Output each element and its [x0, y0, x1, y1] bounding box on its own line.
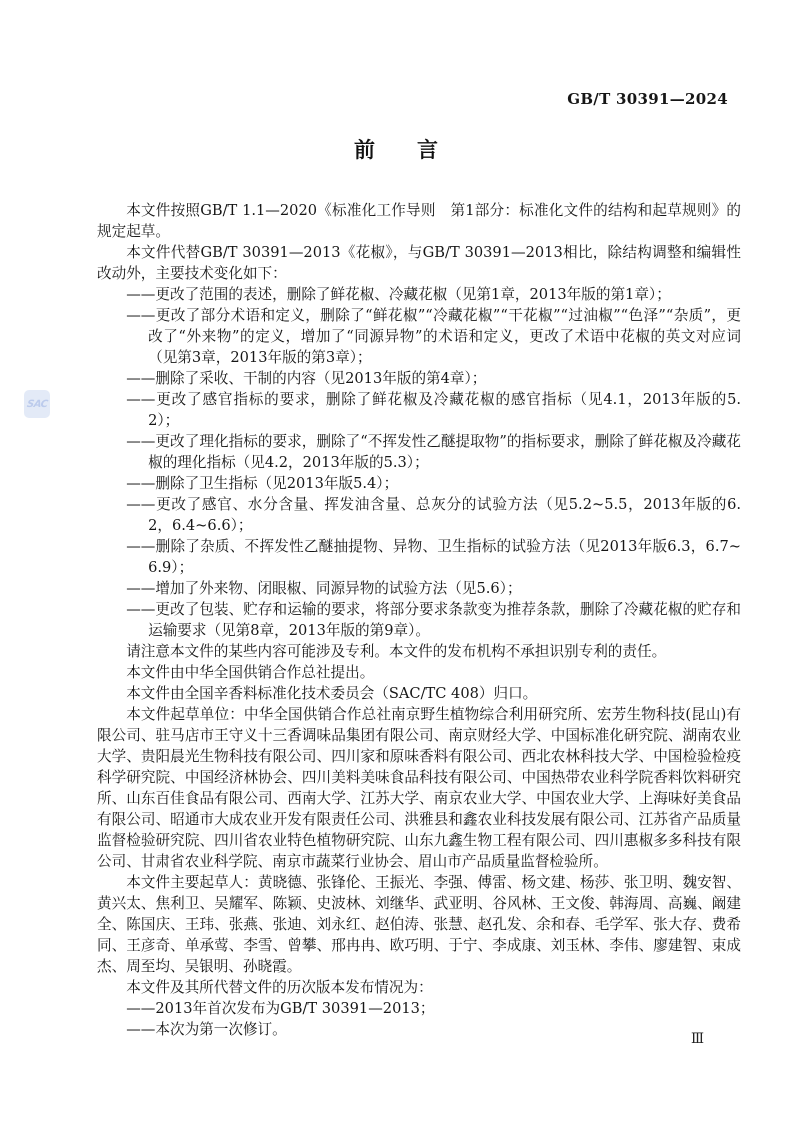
foreword-change-item: ——更改了感官指标的要求，删除了鲜花椒及冷藏花椒的感官指标（见4.1，2013年… — [97, 389, 741, 431]
foreword-change-item: ——更改了范围的表述，删除了鲜花椒、冷藏花椒（见第1章，2013年版的第1章）； — [97, 284, 741, 305]
foreword-change-item: ——更改了包装、贮存和运输的要求，将部分要求条款变为推荐条款，删除了冷藏花椒的贮… — [97, 599, 741, 641]
foreword-change-item: ——更改了部分术语和定义，删除了“鲜花椒”“冷藏花椒”“干花椒”“过油椒”“色泽… — [97, 305, 741, 368]
foreword-history-item: ——本次为第一次修订。 — [97, 1019, 741, 1040]
foreword-change-item: ——增加了外来物、闭眼椒、同源异物的试验方法（见5.6）； — [97, 578, 741, 599]
foreword-paragraph: 请注意本文件的某些内容可能涉及专利。本文件的发布机构不承担识别专利的责任。 — [97, 641, 741, 662]
foreword-drafters: 本文件主要起草人：黄晓德、张锋伦、王振光、李强、傅雷、杨文建、杨莎、张卫明、魏安… — [97, 872, 741, 977]
foreword-change-item: ——更改了理化指标的要求，删除了“不挥发性乙醚提取物”的指标要求，删除了鲜花椒及… — [97, 431, 741, 473]
foreword-history-intro: 本文件及其所代替文件的历次版本发布情况为： — [97, 977, 741, 998]
foreword-paragraph: 本文件由全国辛香料标准化技术委员会（SAC/TC 408）归口。 — [97, 683, 741, 704]
foreword-change-item: ——删除了杂质、不挥发性乙醚抽提物、异物、卫生指标的试验方法（见2013年版6.… — [97, 536, 741, 578]
standard-number: GB/T 30391—2024 — [567, 90, 728, 108]
page-title: 前 言 — [0, 134, 792, 164]
page-number: Ⅲ — [691, 1031, 704, 1047]
foreword-body: 本文件按照GB/T 1.1—2020《标准化工作导则 第1部分：标准化文件的结构… — [97, 200, 741, 1040]
foreword-change-item: ——删除了采收、干制的内容（见2013年版的第4章）； — [97, 368, 741, 389]
sac-watermark-text: SAC — [26, 399, 48, 410]
foreword-paragraph: 本文件按照GB/T 1.1—2020《标准化工作导则 第1部分：标准化文件的结构… — [97, 200, 741, 242]
foreword-change-item: ——更改了感官、水分含量、挥发油含量、总灰分的试验方法（见5.2~5.5，201… — [97, 494, 741, 536]
document-page: GB/T 30391—2024 前 言 SAC 本文件按照GB/T 1.1—20… — [0, 0, 792, 1122]
foreword-drafting-organizations: 本文件起草单位：中华全国供销合作总社南京野生植物综合利用研究所、宏芳生物科技(昆… — [97, 704, 741, 872]
foreword-paragraph: 本文件由中华全国供销合作总社提出。 — [97, 662, 741, 683]
foreword-change-item: ——删除了卫生指标（见2013年版5.4）； — [97, 473, 741, 494]
foreword-history-item: ——2013年首次发布为GB/T 30391—2013； — [97, 998, 741, 1019]
sac-watermark-badge: SAC — [24, 390, 50, 418]
foreword-paragraph: 本文件代替GB/T 30391—2013《花椒》，与GB/T 30391—201… — [97, 242, 741, 284]
